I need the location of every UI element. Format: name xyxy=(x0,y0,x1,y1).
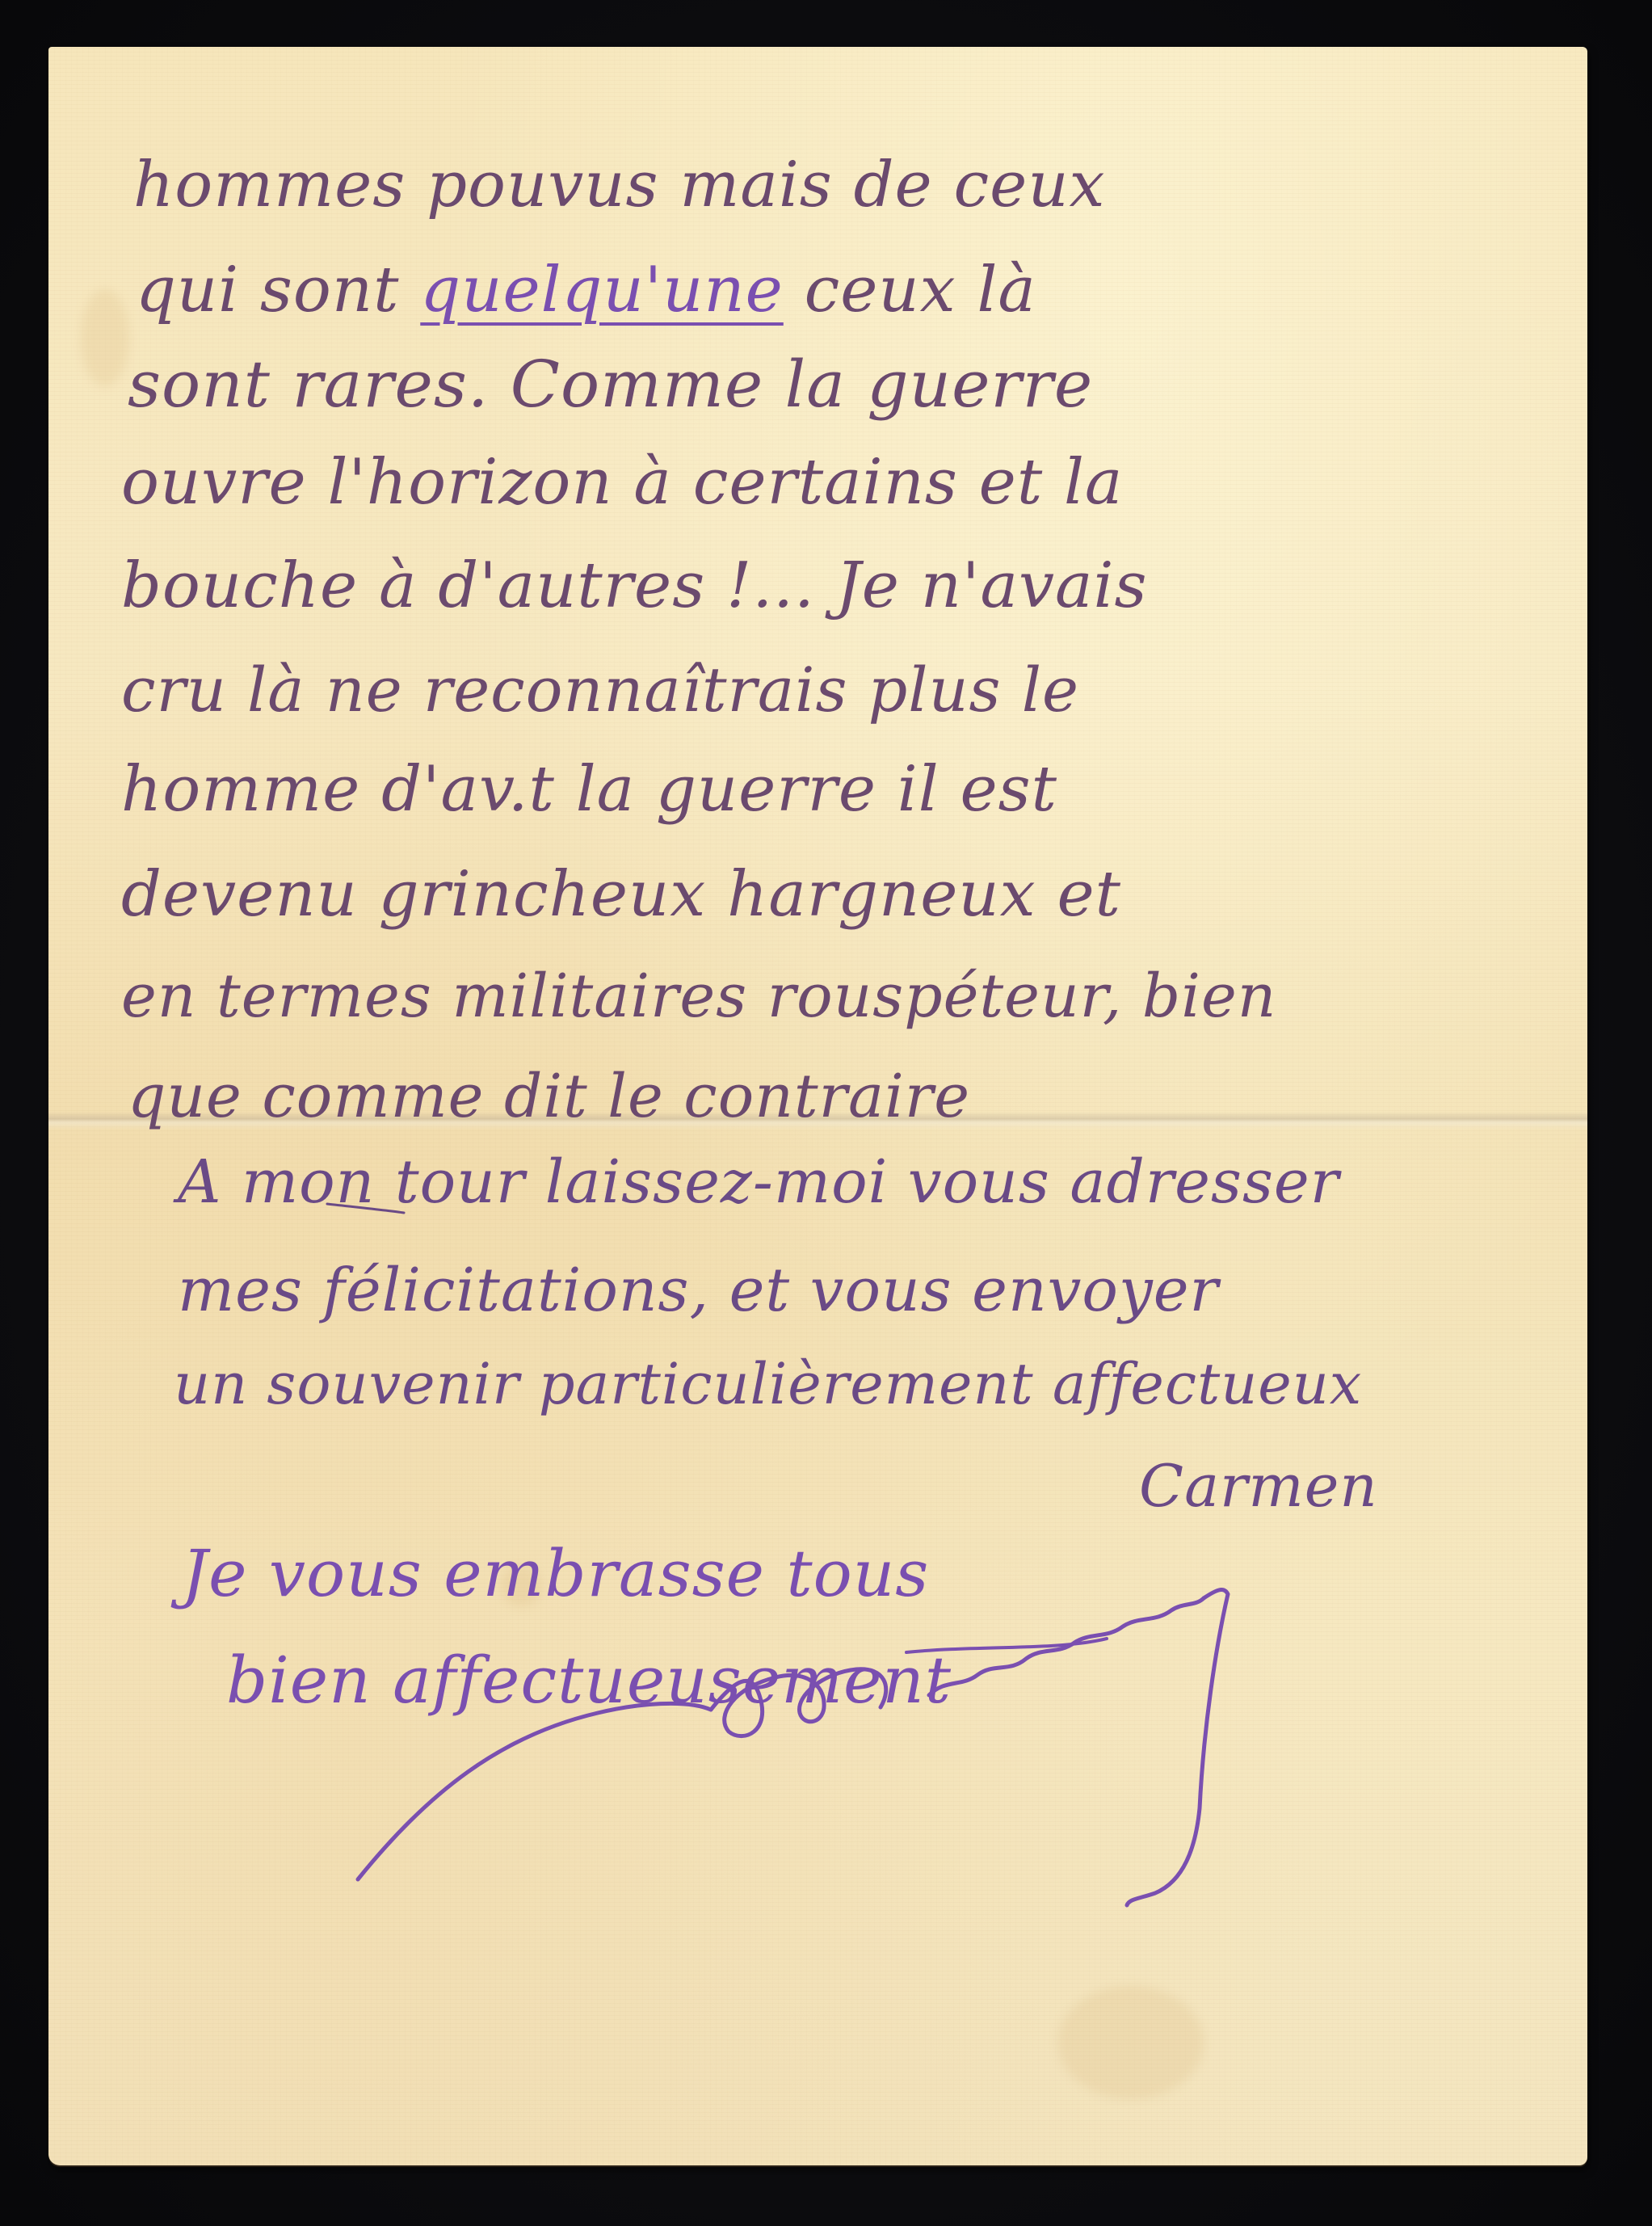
signature-flourish xyxy=(48,47,1587,2165)
letter-page: hommes pouvus mais de ceux qui sont quel… xyxy=(48,47,1587,2165)
